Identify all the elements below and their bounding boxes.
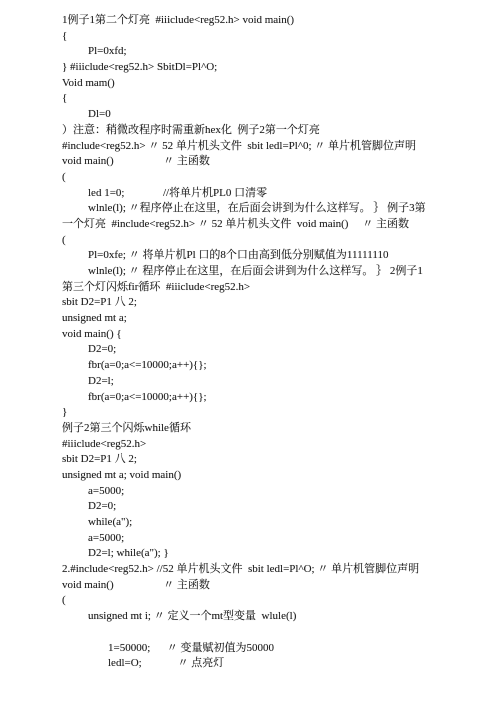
code-line: D2=l; while(a"); } [62,546,492,562]
code-line: #include<reg52.h> 〃 52 单片机头文件 sbit ledl=… [62,139,492,155]
code-line [62,625,492,641]
code-line: led 1=0; //将单片机PL0 口清零 [62,186,492,202]
code-line: void main() { [62,327,492,343]
code-line: } #iiiclude<reg52.h> SbitDl=Pl^O; [62,60,492,76]
code-line: 例子2第三个闪烁while循环 [62,421,492,437]
code-line: ( [62,233,492,249]
code-line: fbr(a=0;a<=10000;a++){}; [62,358,492,374]
code-line: a=5000; [62,531,492,547]
code-line: ( [62,593,492,609]
code-line: wlnle(l); 〃程序停止在这里，在后面会讲到为什么这样写。 ｝ 例子3第 [62,201,492,217]
code-line: void main() 〃 主函数 [62,154,492,170]
code-line: ）注意：稍微改程序时需重新hex化 例子2第一个灯亮 [62,123,492,139]
code-line: ledl=O; 〃 点亮灯 [62,656,492,672]
code-line: } [62,405,492,421]
code-line: Void mam() [62,76,492,92]
code-line: unsigned mt i; 〃 定义一个mt型变量 wlule(l) [62,609,492,625]
code-line: 一个灯亮 #include<reg52.h> 〃 52 单片机头文件 void … [62,217,492,233]
code-line: ( [62,170,492,186]
code-line: sbit D2=P1 八 2; [62,295,492,311]
document-page: 1例子1第二个灯亮 #iiiclude<reg52.h> void main()… [0,0,500,707]
code-line: D2=0; [62,342,492,358]
code-line: unsigned mt a; void main() [62,468,492,484]
code-line: wlnle(l); 〃 程序停止在这里，在后面会讲到为什么这样写。 ｝ 2例子1 [62,264,492,280]
code-line: #iiiclude<reg52.h> [62,437,492,453]
code-line: 1=50000; 〃 变量赋初值为50000 [62,641,492,657]
code-line: sbit D2=P1 八 2; [62,452,492,468]
code-line: Pl=0xfd; [62,44,492,60]
code-line: Pl=0xfe; 〃 将单片机Pl 口的8个口由高到低分别赋值为11111110 [62,248,492,264]
document-body: 1例子1第二个灯亮 #iiiclude<reg52.h> void main()… [62,13,492,672]
code-line: { [62,29,492,45]
code-line: 2.#include<reg52.h> //52 单片机头文件 sbit led… [62,562,492,578]
code-line: a=5000; [62,484,492,500]
code-line: D2=l; [62,374,492,390]
code-line: 1例子1第二个灯亮 #iiiclude<reg52.h> void main() [62,13,492,29]
code-line: Dl=0 [62,107,492,123]
code-line: D2=0; [62,499,492,515]
code-line: 第三个灯闪烁fir循环 #iiiclude<reg52.h> [62,280,492,296]
code-line: { [62,91,492,107]
code-line: unsigned mt a; [62,311,492,327]
code-line: fbr(a=0;a<=10000;a++){}; [62,390,492,406]
code-line: while(a"); [62,515,492,531]
code-line: void main() 〃 主函数 [62,578,492,594]
